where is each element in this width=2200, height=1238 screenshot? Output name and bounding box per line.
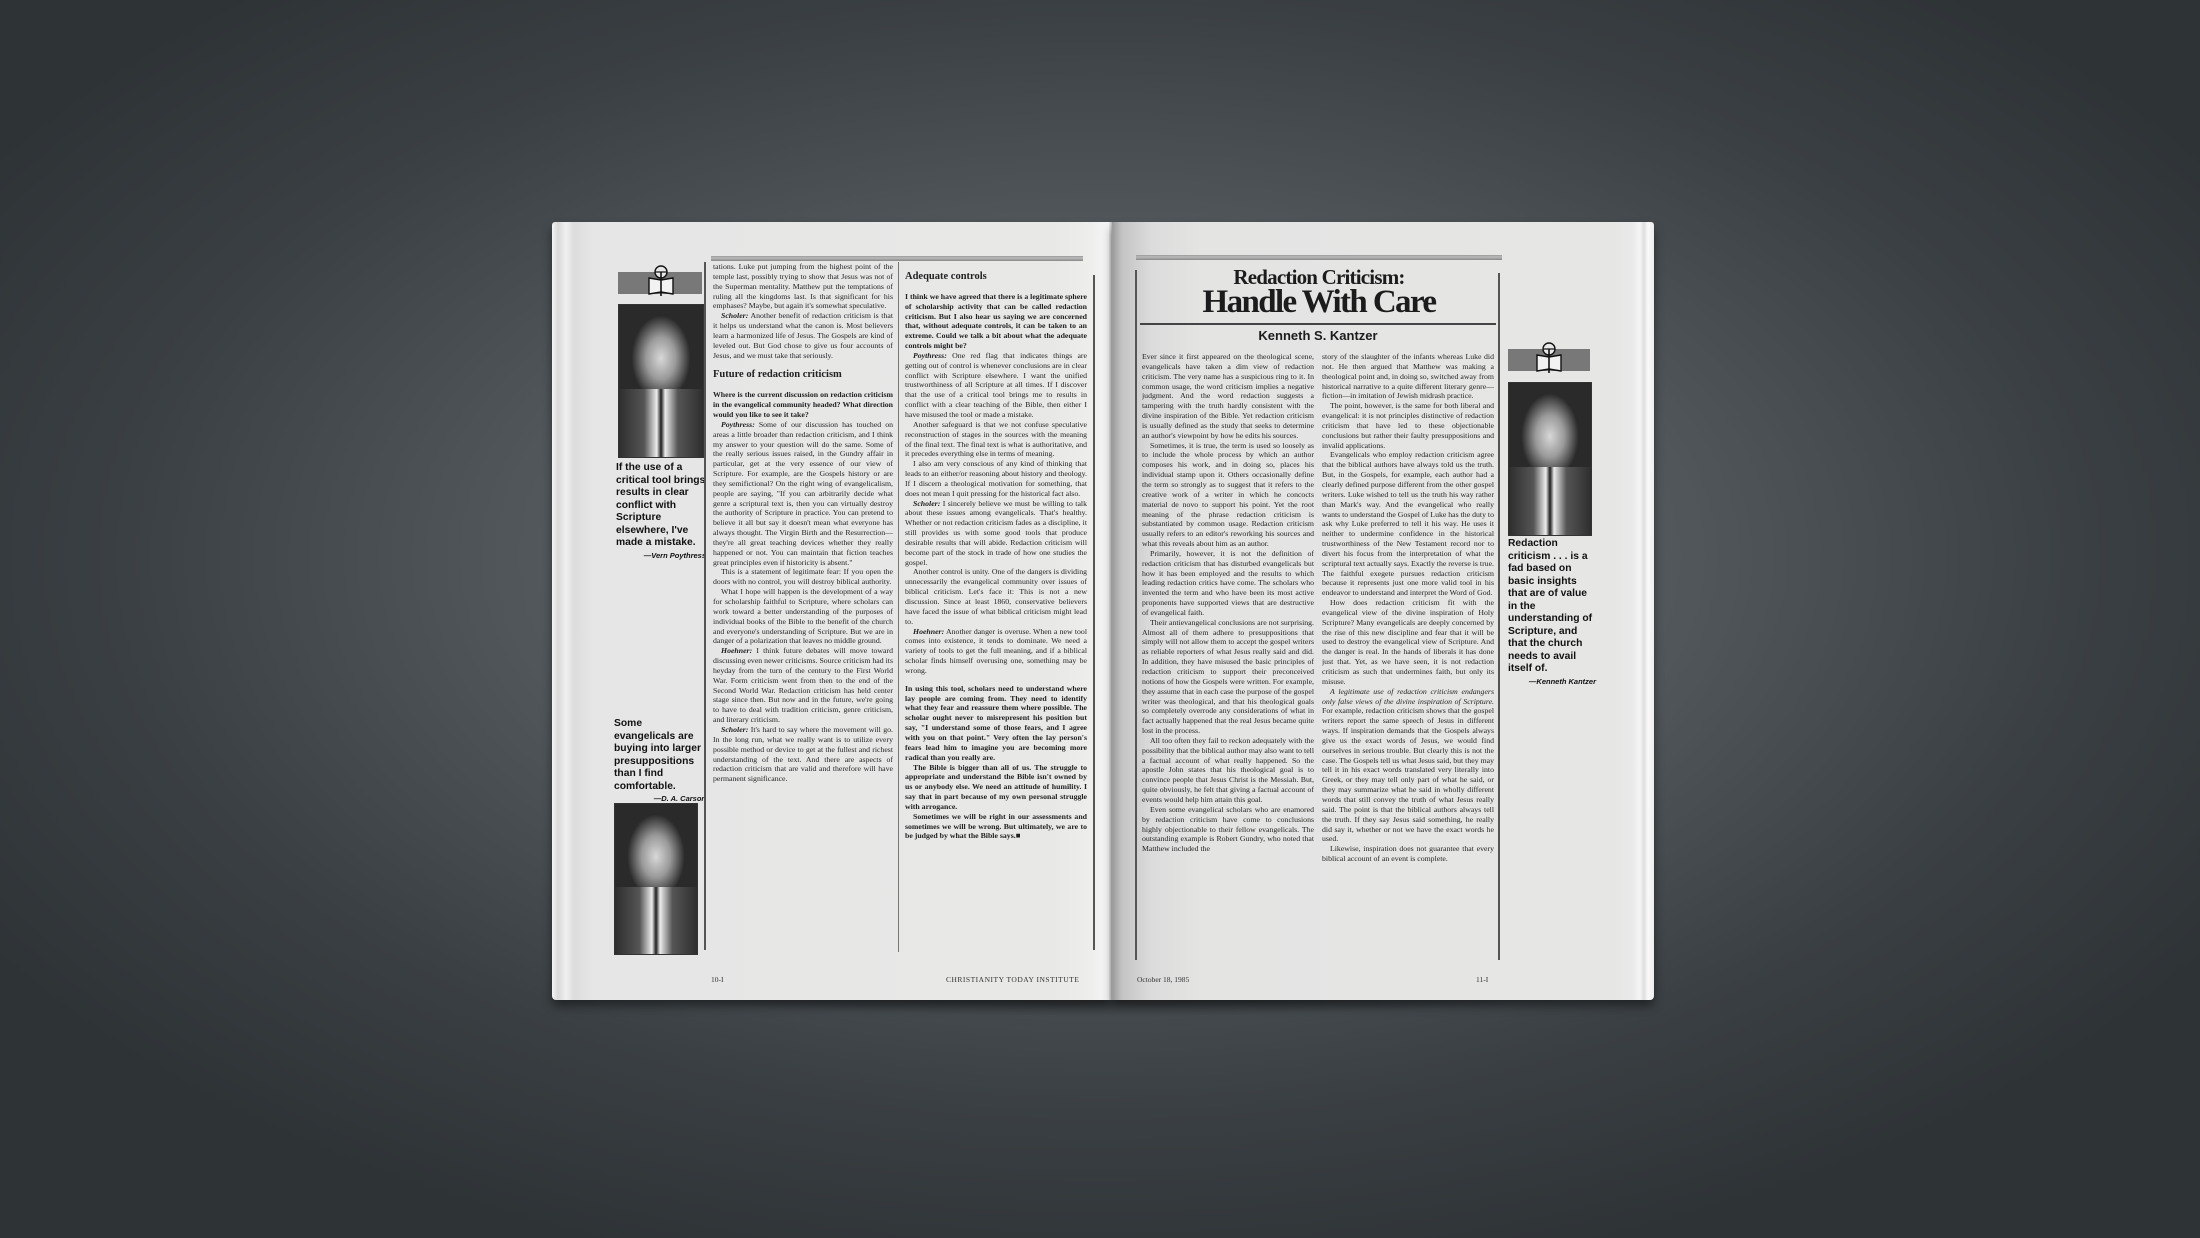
column-divider: [1498, 273, 1500, 960]
paragraph: Primarily, however, it is not the defini…: [1142, 549, 1314, 618]
interviewer-comment: In using this tool, scholars need to und…: [905, 684, 1087, 763]
pull-quote-kantzer: Redaction criticism . . . is a fad based…: [1508, 538, 1596, 688]
paragraph: Poythress: One red flag that indicates t…: [905, 351, 1087, 420]
section-heading: Adequate controls: [905, 272, 1087, 282]
paragraph: The point, however, is the same for both…: [1322, 401, 1494, 450]
paragraph: What I hope will happen is the developme…: [713, 587, 893, 646]
paragraph: This is a statement of legitimate fear: …: [713, 567, 893, 587]
pull-quote-carson: Some evangelicals are buying into larger…: [614, 718, 706, 805]
column-divider: [704, 262, 706, 950]
paragraph: Another safeguard is that we not confuse…: [905, 420, 1087, 459]
paragraph: tations. Luke put jumping from the highe…: [713, 262, 893, 311]
paragraph: Sometimes, it is true, the term is used …: [1142, 441, 1314, 549]
article-byline: Kenneth S. Kantzer: [1140, 328, 1496, 343]
paragraph: I also am very conscious of any kind of …: [905, 459, 1087, 498]
page-number-left: 10-I: [711, 975, 724, 984]
pull-quote-poythress: If the use of a critical tool brings res…: [616, 462, 706, 562]
paragraph: Hoehner: Another danger is overuse. When…: [905, 627, 1087, 676]
paragraph: A legitimate use of redaction criticism …: [1322, 687, 1494, 845]
paragraph: Evangelicals who employ redaction critic…: [1322, 450, 1494, 598]
left-column-1: tations. Luke put jumping from the highe…: [713, 262, 893, 957]
column-divider: [898, 262, 899, 952]
pull-quote-text: Some evangelicals are buying into larger…: [614, 718, 701, 792]
pull-quote-attribution: —Vern Poythress: [616, 550, 706, 562]
paragraph: How does redaction criticism fit with th…: [1322, 598, 1494, 687]
right-column-1: Ever since it first appeared on the theo…: [1142, 352, 1314, 960]
article-title-line2: Handle With Care: [1136, 284, 1502, 321]
d-a-carson-photo: [614, 803, 698, 955]
section-heading: Future of redaction criticism: [713, 370, 893, 380]
issue-date: October 18, 1985: [1137, 975, 1189, 984]
paragraph: Even some evangelical scholars who are e…: [1142, 805, 1314, 854]
open-book-icon: [1534, 341, 1564, 375]
paragraph: Scholer: I sincerely believe we must be …: [905, 499, 1087, 568]
paragraph: All too often they fail to reckon adequa…: [1142, 736, 1314, 805]
interviewer-question: I think we have agreed that there is a l…: [905, 292, 1087, 351]
publication-name: CHRISTIANITY TODAY INSTITUTE: [946, 975, 1079, 984]
paragraph: Hoehner: I think future debates will mov…: [713, 646, 893, 725]
title-rule: [1140, 323, 1496, 325]
top-rule: [711, 256, 1083, 261]
open-book-icon: [646, 264, 676, 298]
left-column-2: Adequate controls I think we have agreed…: [905, 268, 1087, 958]
pull-quote-text: Redaction criticism . . . is a fad based…: [1508, 538, 1592, 674]
column-divider: [1135, 270, 1137, 960]
paragraph: Poythress: Some of our discussion has to…: [713, 420, 893, 568]
column-divider: [1093, 275, 1095, 950]
kenneth-kantzer-photo: [1508, 382, 1592, 536]
paragraph: Ever since it first appeared on the theo…: [1142, 352, 1314, 441]
pull-quote-text: If the use of a critical tool brings res…: [616, 462, 705, 548]
paragraph: Another control is unity. One of the dan…: [905, 567, 1087, 626]
interviewer-question: Where is the current discussion on redac…: [713, 390, 893, 420]
interviewer-comment: Sometimes we will be right in our assess…: [905, 812, 1087, 842]
paragraph: Their antievangelical conclusions are no…: [1142, 618, 1314, 736]
interviewer-comment: The Bible is bigger than all of us. The …: [905, 763, 1087, 812]
pull-quote-attribution: —Kenneth Kantzer: [1508, 676, 1596, 688]
paragraph: Likewise, inspiration does not guarantee…: [1322, 844, 1494, 864]
page-number-right: 11-I: [1476, 975, 1488, 984]
right-column-2: story of the slaughter of the infants wh…: [1322, 352, 1494, 960]
paragraph: story of the slaughter of the infants wh…: [1322, 352, 1494, 401]
paragraph: Scholer: Another benefit of redaction cr…: [713, 311, 893, 360]
top-rule: [1136, 255, 1502, 260]
paragraph: Scholer: It's hard to say where the move…: [713, 725, 893, 784]
vern-poythress-photo: [618, 304, 704, 458]
